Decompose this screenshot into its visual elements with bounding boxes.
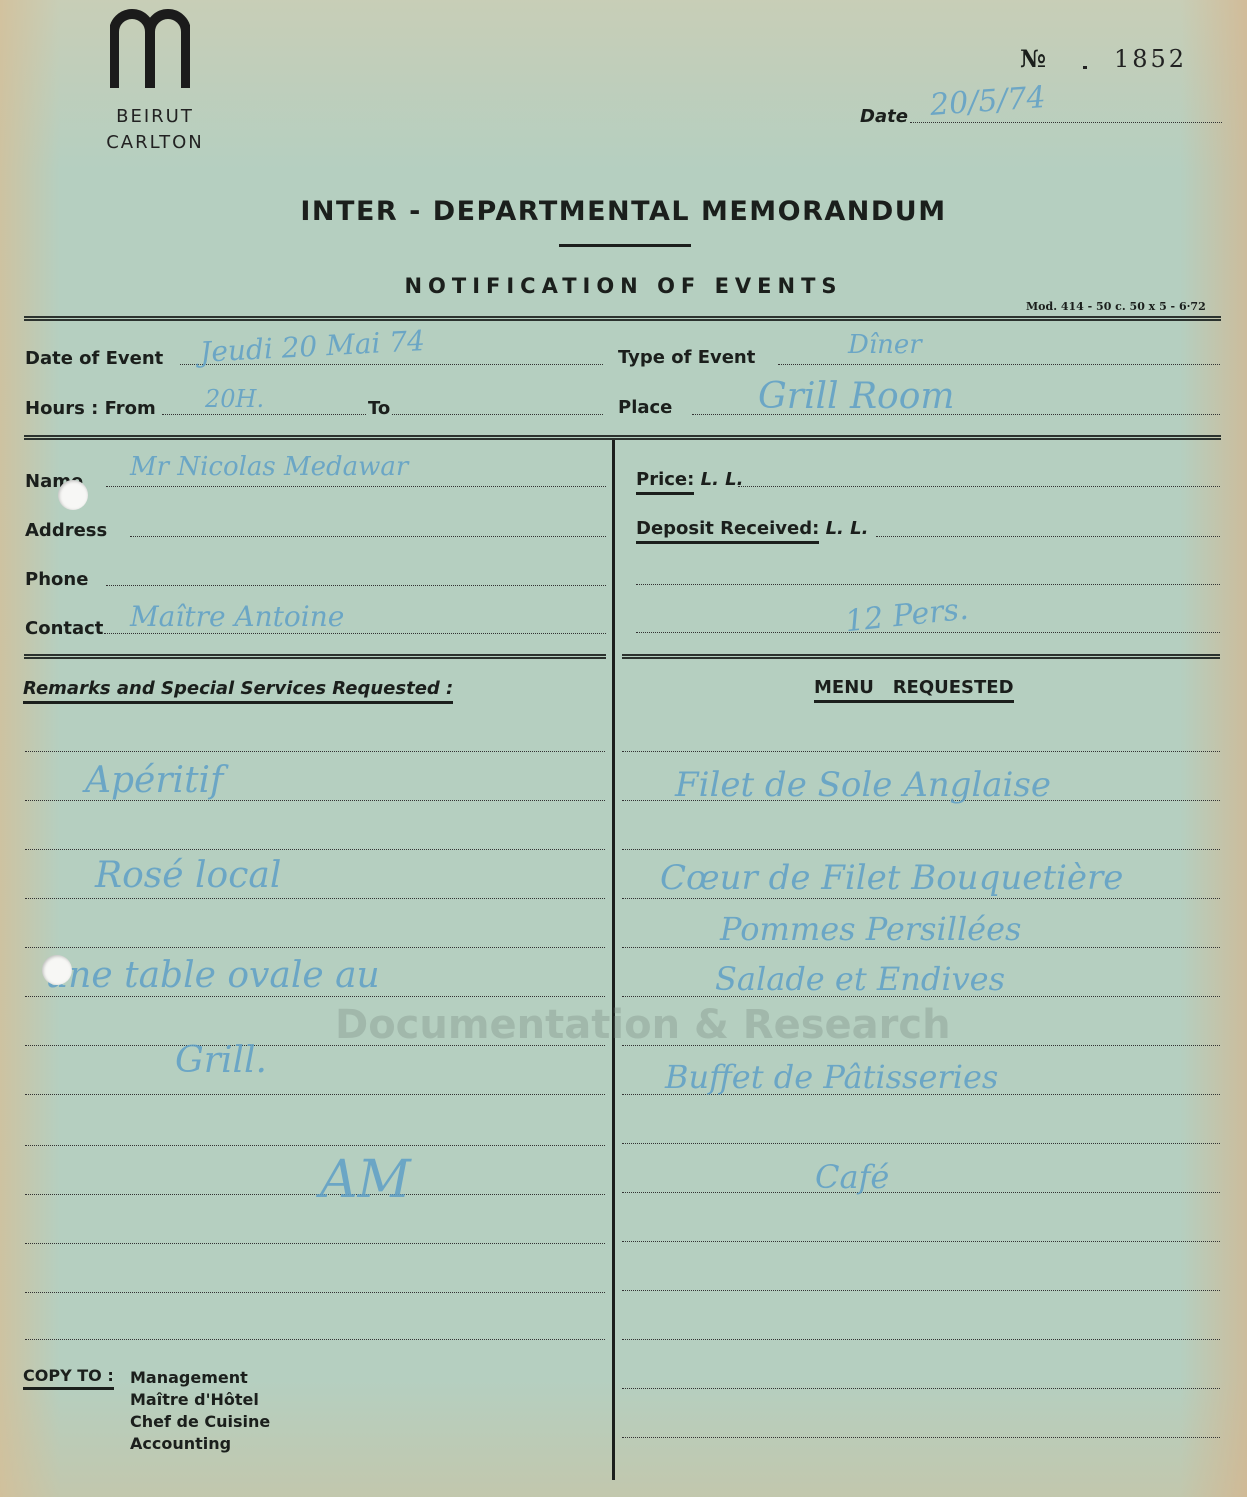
menu-line-3[interactable] [622, 849, 1220, 850]
deposit-currency: L. L. [826, 518, 869, 539]
menu-line-11[interactable] [622, 1241, 1220, 1242]
copy-recipient: Chef de Cuisine [130, 1411, 270, 1433]
date-of-event-value: Jeudi 20 Mai 74 [199, 324, 425, 369]
menu-line-1[interactable] [622, 751, 1220, 752]
copy-recipient: Maître d'Hôtel [130, 1389, 270, 1411]
remarks-line-11[interactable] [25, 1243, 605, 1244]
hours-from-value: 20H. [205, 385, 264, 413]
memo-number: 1852 [1114, 45, 1187, 73]
section-divider [24, 435, 1221, 440]
menu-line-10[interactable] [622, 1192, 1220, 1193]
remarks-entry: Rosé local [95, 855, 281, 896]
form-code: Mod. 414 - 50 c. 50 x 5 - 6·72 [1026, 300, 1206, 313]
contact-field[interactable] [104, 633, 606, 634]
deposit-label: Deposit Received: L. L. [636, 518, 868, 539]
menu-line-15[interactable] [622, 1437, 1220, 1438]
signature-initials: AM [320, 1150, 411, 1210]
phone-field[interactable] [106, 585, 606, 586]
date-label: Date [860, 106, 908, 127]
remarks-line-12[interactable] [25, 1292, 605, 1293]
logo-line-carlton: CARLTON [80, 132, 230, 153]
number-dot [1083, 66, 1087, 69]
menu-line-9[interactable] [622, 1143, 1220, 1144]
hours-from-label: Hours : From [25, 398, 156, 419]
copy-recipient: Accounting [130, 1433, 270, 1455]
section-divider [24, 316, 1221, 321]
menu-line-4[interactable] [622, 898, 1220, 899]
address-label: Address [25, 520, 107, 541]
menu-item: Café [815, 1158, 889, 1196]
punch-hole [42, 955, 72, 985]
date-value: 20/5/74 [929, 80, 1047, 123]
deposit-label-text: Deposit Received: [636, 518, 819, 544]
type-of-event-field[interactable] [778, 364, 1220, 365]
punch-hole [58, 480, 88, 510]
extra-field-1[interactable] [636, 584, 1220, 585]
remarks-line-8[interactable] [25, 1094, 605, 1095]
deposit-field[interactable] [876, 536, 1220, 537]
name-value: Mr Nicolas Medawar [130, 452, 408, 482]
hours-to-field[interactable] [392, 414, 603, 415]
column-divider [612, 440, 615, 1480]
phone-label: Phone [25, 569, 88, 590]
price-label-text: Price: [636, 469, 694, 495]
menu-item: Pommes Persillées [720, 910, 1021, 948]
hours-to-label: To [368, 398, 390, 419]
date-field[interactable] [910, 122, 1222, 123]
title-divider [559, 244, 691, 247]
watermark-text: Documentation & Research [335, 1002, 951, 1048]
remarks-line-1[interactable] [25, 751, 605, 752]
hotel-logo-icon [110, 6, 190, 88]
copy-to-label: COPY TO : [23, 1366, 114, 1385]
page-subtitle: NOTIFICATION OF EVENTS [0, 274, 1247, 298]
remarks-line-13[interactable] [25, 1339, 605, 1340]
remarks-line-5[interactable] [25, 947, 605, 948]
remarks-line-9[interactable] [25, 1145, 605, 1146]
menu-item: Cœur de Filet Bouquetière [660, 858, 1123, 898]
copy-to-list: Management Maître d'Hôtel Chef de Cuisin… [130, 1367, 270, 1455]
menu-item: Buffet de Pâtisseries [665, 1058, 998, 1096]
remarks-line-6[interactable] [25, 996, 605, 997]
hours-from-field[interactable] [162, 414, 366, 415]
address-field[interactable] [130, 536, 606, 537]
type-of-event-label: Type of Event [618, 347, 755, 368]
remarks-entry: Apéritif [85, 760, 223, 801]
type-of-event-value: Dîner [848, 330, 922, 360]
remarks-line-4[interactable] [25, 898, 605, 899]
contact-value: Maître Antoine [130, 600, 344, 633]
menu-item: Salade et Endives [715, 960, 1005, 998]
date-of-event-label: Date of Event [25, 348, 163, 369]
logo-line-beirut: BEIRUT [80, 106, 230, 127]
page-title: INTER - DEPARTMENTAL MEMORANDUM [0, 196, 1247, 227]
remarks-entry: Grill. [175, 1040, 267, 1081]
contact-label: Contact [25, 618, 103, 639]
price-field[interactable] [738, 486, 1220, 487]
remarks-line-10[interactable] [25, 1194, 605, 1195]
name-field[interactable] [106, 486, 606, 487]
remarks-entry: une table ovale au [45, 955, 380, 996]
menu-heading: MENU REQUESTED [814, 677, 1014, 698]
remarks-line-3[interactable] [25, 849, 605, 850]
section-divider [622, 654, 1220, 659]
menu-line-12[interactable] [622, 1290, 1220, 1291]
number-label: № [1020, 44, 1046, 73]
guests-field[interactable] [636, 632, 1220, 633]
place-label: Place [618, 397, 672, 418]
price-label: Price: L. L. [636, 469, 744, 490]
remarks-heading: Remarks and Special Services Requested : [23, 678, 453, 699]
menu-line-14[interactable] [622, 1388, 1220, 1389]
menu-line-13[interactable] [622, 1339, 1220, 1340]
menu-item: Filet de Sole Anglaise [675, 765, 1051, 805]
copy-recipient: Management [130, 1367, 270, 1389]
section-divider [24, 654, 606, 659]
place-value: Grill Room [758, 376, 955, 417]
